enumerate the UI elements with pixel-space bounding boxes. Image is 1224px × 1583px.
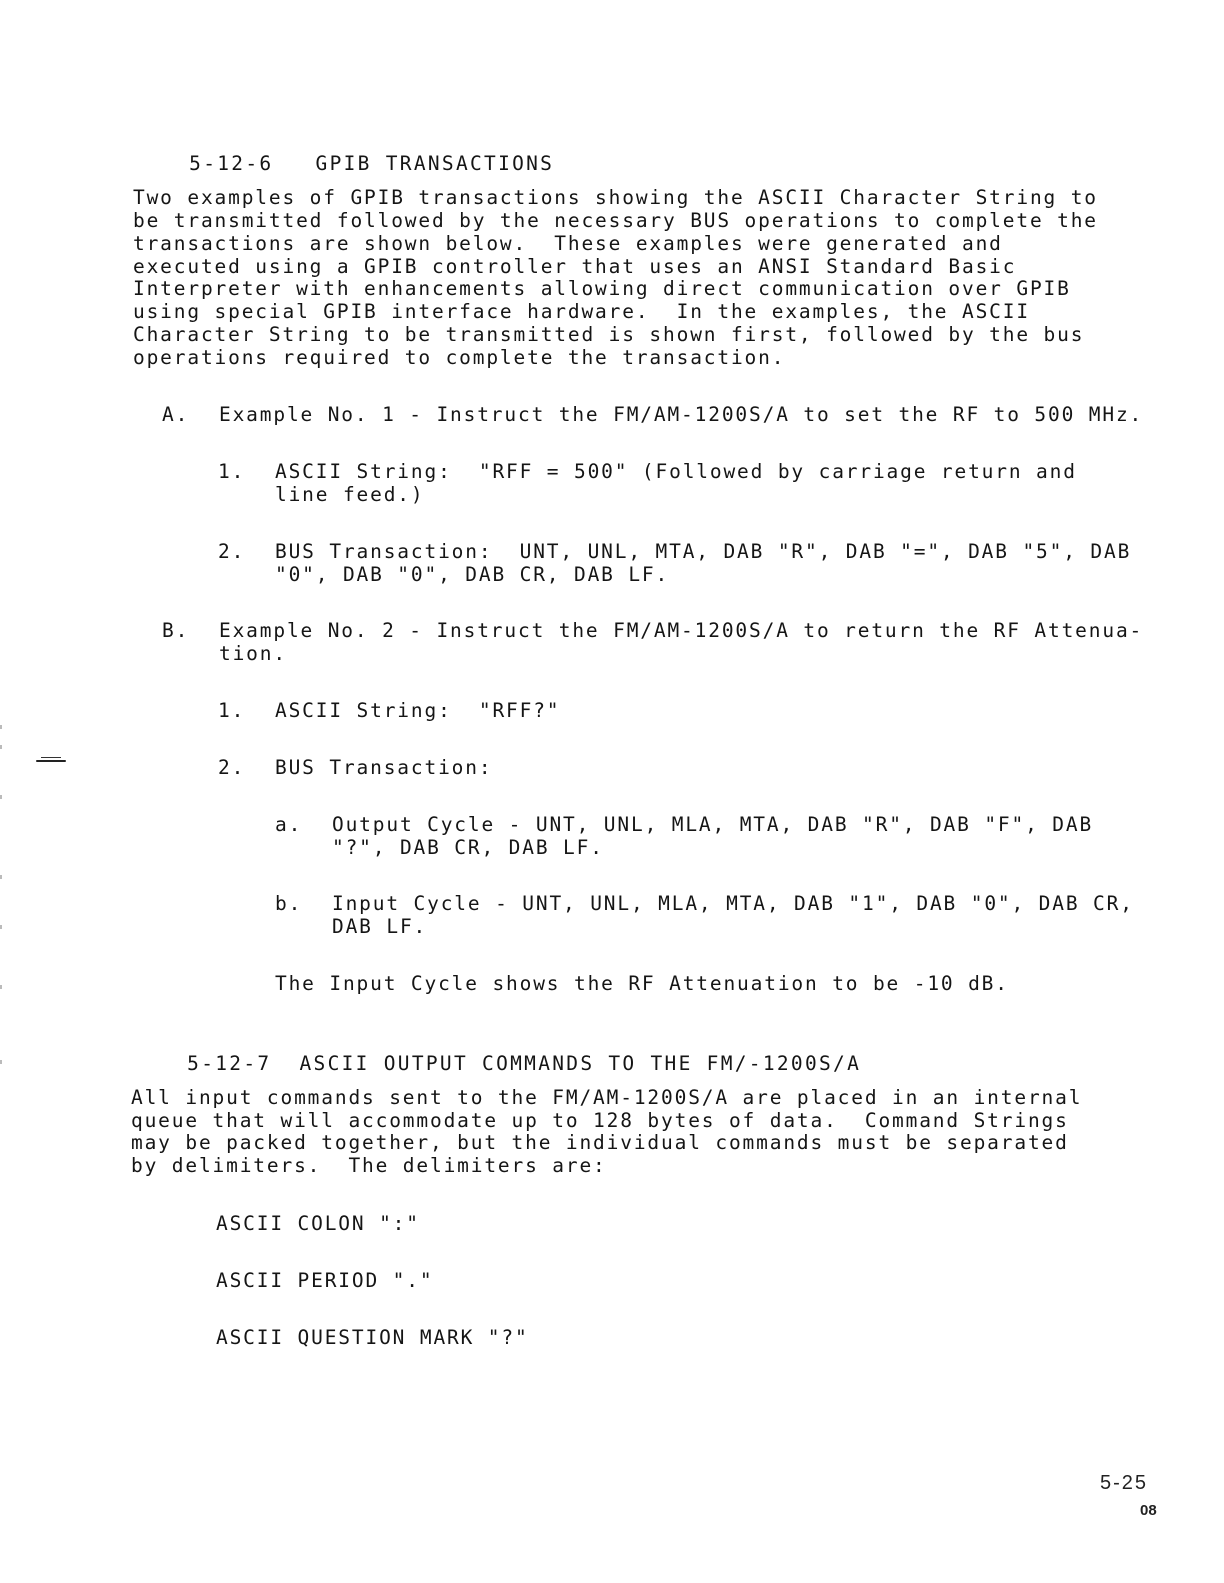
delimiter-item: ASCII PERIOD "." (216, 1269, 433, 1292)
input-cycle-line: Input Cycle - UNT, UNL, MLA, MTA, DAB "1… (332, 892, 1134, 915)
paragraph-line: Two examples of GPIB transactions showin… (133, 186, 1098, 209)
paragraph-line: queue that will accommodate up to 128 by… (131, 1109, 1069, 1132)
ascii-string-line: ASCII String: "RFF?" (275, 699, 560, 722)
scan-edge-mark (0, 795, 2, 799)
list-marker: 2. (218, 540, 245, 563)
paragraph-line: executed using a GPIB controller that us… (133, 255, 1016, 278)
scan-edge-mark (0, 745, 2, 749)
bus-transaction-line: BUS Transaction: (275, 756, 492, 779)
paragraph-line: All input commands sent to the FM/AM-120… (131, 1086, 1082, 1109)
list-marker: B. (162, 619, 189, 642)
paragraph-line: transactions are shown below. These exam… (133, 232, 1003, 255)
paragraph-line: be transmitted followed by the necessary… (133, 209, 1098, 232)
list-marker: 1. (218, 460, 245, 483)
paragraph-line: Interpreter with enhancements allowing d… (133, 277, 1071, 300)
paragraph-line: operations required to complete the tran… (133, 346, 785, 369)
margin-change-mark (36, 760, 66, 762)
list-marker: a. (275, 813, 302, 836)
paragraph-line: may be packed together, but the individu… (131, 1131, 1069, 1154)
paragraph-line: using special GPIB interface hardware. I… (133, 300, 1030, 323)
section-title: ASCII OUTPUT COMMANDS TO THE FM/-1200S/A (300, 1052, 862, 1075)
example-title: Example No. 1 - Instruct the FM/AM-1200S… (219, 403, 1143, 426)
scan-edge-mark (0, 985, 2, 989)
scan-edge-mark (0, 1060, 2, 1064)
revision-number: 08 (1140, 1502, 1157, 1519)
ascii-string-line: line feed.) (275, 483, 425, 506)
paragraph-line: Character String to be transmitted is sh… (133, 323, 1084, 346)
example-title: Example No. 2 - Instruct the FM/AM-1200S… (219, 619, 1143, 642)
paragraph-line: by delimiters. The delimiters are: (131, 1154, 607, 1177)
list-marker: 2. (218, 756, 245, 779)
scan-edge-mark (0, 925, 2, 929)
list-marker: b. (275, 892, 302, 915)
section-title: GPIB TRANSACTIONS (316, 152, 555, 175)
list-marker: 1. (218, 699, 245, 722)
delimiter-item: ASCII QUESTION MARK "?" (216, 1326, 529, 1349)
scan-edge-mark (0, 725, 2, 729)
conclusion-text: The Input Cycle shows the RF Attenuation… (275, 972, 1009, 995)
output-cycle-line: Output Cycle - UNT, UNL, MLA, MTA, DAB "… (332, 813, 1093, 836)
page-number: 5-25 (1100, 1472, 1148, 1495)
section-number: 5-12-7 (187, 1052, 271, 1075)
input-cycle-line: DAB LF. (332, 915, 427, 938)
example-title: tion. (219, 642, 287, 665)
bus-transaction-line: "0", DAB "0", DAB CR, DAB LF. (275, 563, 669, 586)
output-cycle-line: "?", DAB CR, DAB LF. (332, 836, 604, 859)
scan-edge-mark (0, 875, 2, 879)
ascii-string-line: ASCII String: "RFF = 500" (Followed by c… (275, 460, 1077, 483)
bus-transaction-line: BUS Transaction: UNT, UNL, MTA, DAB "R",… (275, 540, 1131, 563)
section-number: 5-12-6 (189, 152, 273, 175)
delimiter-item: ASCII COLON ":" (216, 1212, 420, 1235)
list-marker: A. (162, 403, 189, 426)
